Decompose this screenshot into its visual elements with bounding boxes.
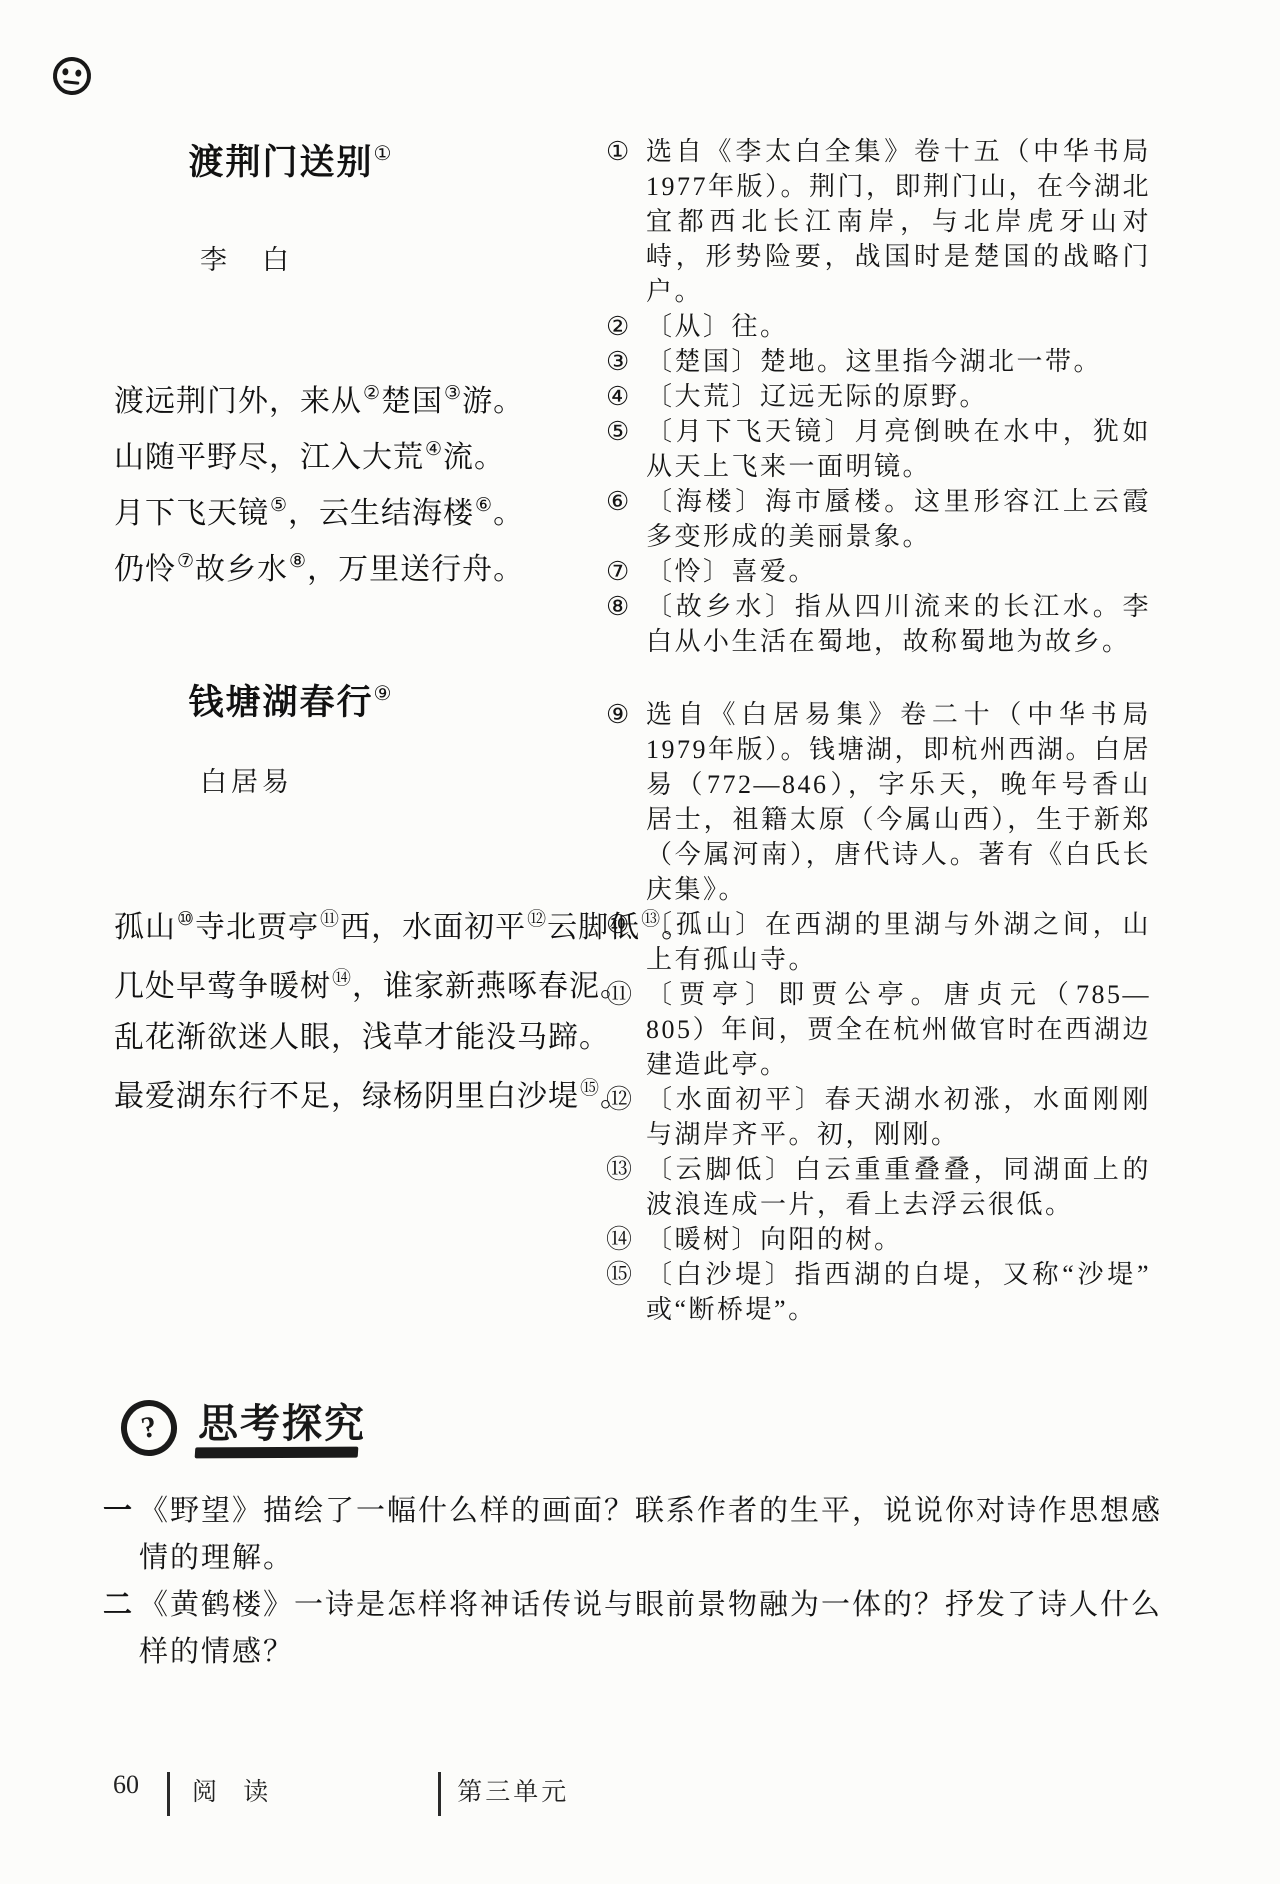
annotation-number: ⑪ [606,977,646,1082]
annotation-text: 〔楚国〕楚地。这里指今湖北一带。 [646,344,1151,379]
poem1-lines: 渡远荆门外，来从②楚国③游。山随平野尽，江入大荒④流。月下飞天镜⑤，云生结海楼⑥… [114,370,524,594]
annotation-item: ② 〔从〕往。 [606,309,1151,344]
inline-note-ref: ② [363,383,380,404]
question-item: 二 《黄鹤楼》一诗是怎样将神话传说与眼前景物融为一体的？抒发了诗人什么样的情感？ [103,1582,1171,1676]
annotation-text: 选自《李太白全集》卷十五（中华书局1977年版）。荆门，即荆门山，在今湖北宜都西… [646,134,1151,309]
annotation-text: 〔贾亭〕即贾公亭。唐贞元（785—805）年间，贾全在杭州做官时在西湖边建造此亭… [646,977,1151,1082]
page-number: 60 [113,1770,153,1800]
annotation-number: ⑭ [606,1222,646,1257]
annotation-item: ⑭ 〔暖树〕向阳的树。 [606,1222,1151,1257]
question-text: 《黄鹤楼》一诗是怎样将神话传说与眼前景物融为一体的？抒发了诗人什么样的情感？ [139,1582,1171,1676]
brush-underline [195,1447,359,1459]
question-number: 二 [103,1582,139,1676]
poem2-title-note-ref: ⑨ [374,683,392,705]
inline-note-ref: ⑪ [320,909,339,930]
annotation-number: ⑥ [606,484,646,554]
annotation-text: 〔怜〕喜爱。 [646,554,1151,589]
poem2-annotations: ⑨ 选自《白居易集》卷二十（中华书局1979年版）。钱塘湖，即杭州西湖。白居易（… [606,697,1151,1327]
annotation-item: ⑧ 〔故乡水〕指从四川流来的长江水。李白从小生活在蜀地，故称蜀地为故乡。 [606,589,1151,659]
annotation-item: ⑩ 〔孤山〕在西湖的里湖与外湖之间，山上有孤山寺。 [606,907,1151,977]
annotation-text: 〔月下飞天镜〕月亮倒映在水中，犹如从天上飞来一面明镜。 [646,414,1151,484]
poem1-title-text: 渡荆门送别 [189,143,374,182]
question-mark-stamp-icon: ? [117,1396,182,1461]
annotations-column: ① 选自《李太白全集》卷十五（中华书局1977年版）。荆门，即荆门山，在今湖北宜… [606,134,1151,1327]
annotation-text: 〔水面初平〕春天湖水初涨，水面刚刚与湖岸齐平。初，刚刚。 [646,1082,1151,1152]
annotation-text: 〔暖树〕向阳的树。 [646,1222,1151,1257]
poem-line: 月下飞天镜⑤，云生结海楼⑥。 [114,482,524,538]
annotation-item: ⑪ 〔贾亭〕即贾公亭。唐贞元（785—805）年间，贾全在杭州做官时在西湖边建造… [606,977,1151,1082]
annotation-item: ⑤ 〔月下飞天镜〕月亮倒映在水中，犹如从天上飞来一面明镜。 [606,414,1151,484]
inline-note-ref: ⑦ [177,551,194,572]
poem-line: 渡远荆门外，来从②楚国③游。 [114,370,524,426]
footer-divider [438,1772,441,1816]
annotation-number: ⑤ [606,414,646,484]
inline-note-ref: ④ [425,439,442,460]
inline-note-ref: ⑮ [580,1078,599,1099]
annotation-number: ⑩ [606,907,646,977]
inline-note-ref: ⑤ [270,495,287,516]
poem2-title: 钱塘湖春行⑨ [100,675,480,725]
explore-questions: 一 《野望》描绘了一幅什么样的画面？联系作者的生平，说说你对诗作思想感情的理解。… [103,1488,1171,1676]
annotation-item: ④ 〔大荒〕辽远无际的原野。 [606,379,1151,414]
question-number: 一 [103,1488,139,1582]
annotation-text: 〔白沙堤〕指西湖的白堤，又称“沙堤”或“断桥堤”。 [646,1257,1151,1327]
annotation-number: ⑦ [606,554,646,589]
annotation-number: ⑬ [606,1152,646,1222]
poem2-title-text: 钱塘湖春行 [189,683,374,722]
annotation-item: ⑮ 〔白沙堤〕指西湖的白堤，又称“沙堤”或“断桥堤”。 [606,1257,1151,1327]
annotation-number: ⑮ [606,1257,646,1327]
annotation-item: ⑬ 〔云脚低〕白云重重叠叠，同湖面上的波浪连成一片，看上去浮云很低。 [606,1152,1151,1222]
footer-divider [167,1772,170,1816]
smiley-mouth [63,80,79,85]
annotation-text: 选自《白居易集》卷二十（中华书局1979年版）。钱塘湖，即杭州西湖。白居易（77… [646,697,1151,907]
annotation-item: ⑫ 〔水面初平〕春天湖水初涨，水面刚刚与湖岸齐平。初，刚刚。 [606,1082,1151,1152]
annotation-text: 〔从〕往。 [646,309,1151,344]
footer-section-label: 阅 读 [192,1770,278,1808]
smiley-face-stamp-icon [51,55,93,97]
annotation-text: 〔大荒〕辽远无际的原野。 [646,379,1151,414]
explore-heading: 思考探究 [198,1392,498,1449]
question-text: 《野望》描绘了一幅什么样的画面？联系作者的生平，说说你对诗作思想感情的理解。 [139,1488,1171,1582]
page-footer: 60 阅 读 第三单元 [113,1770,569,1820]
poem1-title: 渡荆门送别① [100,135,480,185]
annotation-item: ⑨ 选自《白居易集》卷二十（中华书局1979年版）。钱塘湖，即杭州西湖。白居易（… [606,697,1151,907]
question-item: 一 《野望》描绘了一幅什么样的画面？联系作者的生平，说说你对诗作思想感情的理解。 [103,1488,1171,1582]
annotation-item: ① 选自《李太白全集》卷十五（中华书局1977年版）。荆门，即荆门山，在今湖北宜… [606,134,1151,309]
inline-note-ref: ⑫ [527,909,546,930]
inline-note-ref: ⑭ [332,968,351,989]
inline-note-ref: ⑥ [475,495,492,516]
annotation-text: 〔孤山〕在西湖的里湖与外湖之间，山上有孤山寺。 [646,907,1151,977]
footer-unit-label: 第三单元 [457,1770,569,1808]
annotation-number: ④ [606,379,646,414]
poem-line: 仍怜⑦故乡水⑧，万里送行舟。 [114,538,524,594]
annotation-item: ⑥ 〔海楼〕海市蜃楼。这里形容江上云霞多变形成的美丽景象。 [606,484,1151,554]
annotation-text: 〔云脚低〕白云重重叠叠，同湖面上的波浪连成一片，看上去浮云很低。 [646,1152,1151,1222]
poem1-annotations: ① 选自《李太白全集》卷十五（中华书局1977年版）。荆门，即荆门山，在今湖北宜… [606,134,1151,659]
poem1-title-note-ref: ① [374,143,392,165]
annotation-number: ⑫ [606,1082,646,1152]
inline-note-ref: ⑧ [289,551,306,572]
annotation-number: ⑧ [606,589,646,659]
poem2-author: 白居易 [200,760,293,799]
annotation-number: ⑨ [606,697,646,907]
poem-line: 山随平野尽，江入大荒④流。 [114,426,524,482]
annotation-item: ③ 〔楚国〕楚地。这里指今湖北一带。 [606,344,1151,379]
inline-note-ref: ⑩ [177,909,194,930]
annotation-number: ③ [606,344,646,379]
annotation-item: ⑦ 〔怜〕喜爱。 [606,554,1151,589]
annotation-text: 〔故乡水〕指从四川流来的长江水。李白从小生活在蜀地，故称蜀地为故乡。 [646,589,1151,659]
textbook-page: 渡荆门送别① 李 白 渡远荆门外，来从②楚国③游。山随平野尽，江入大荒④流。月下… [0,0,1280,1884]
annotation-text: 〔海楼〕海市蜃楼。这里形容江上云霞多变形成的美丽景象。 [646,484,1151,554]
annotation-number: ② [606,309,646,344]
smiley-eye-right [75,69,82,77]
poem1-author: 李 白 [200,238,293,277]
inline-note-ref: ③ [444,383,461,404]
annotation-number: ① [606,134,646,309]
smiley-eye-left [62,68,69,76]
